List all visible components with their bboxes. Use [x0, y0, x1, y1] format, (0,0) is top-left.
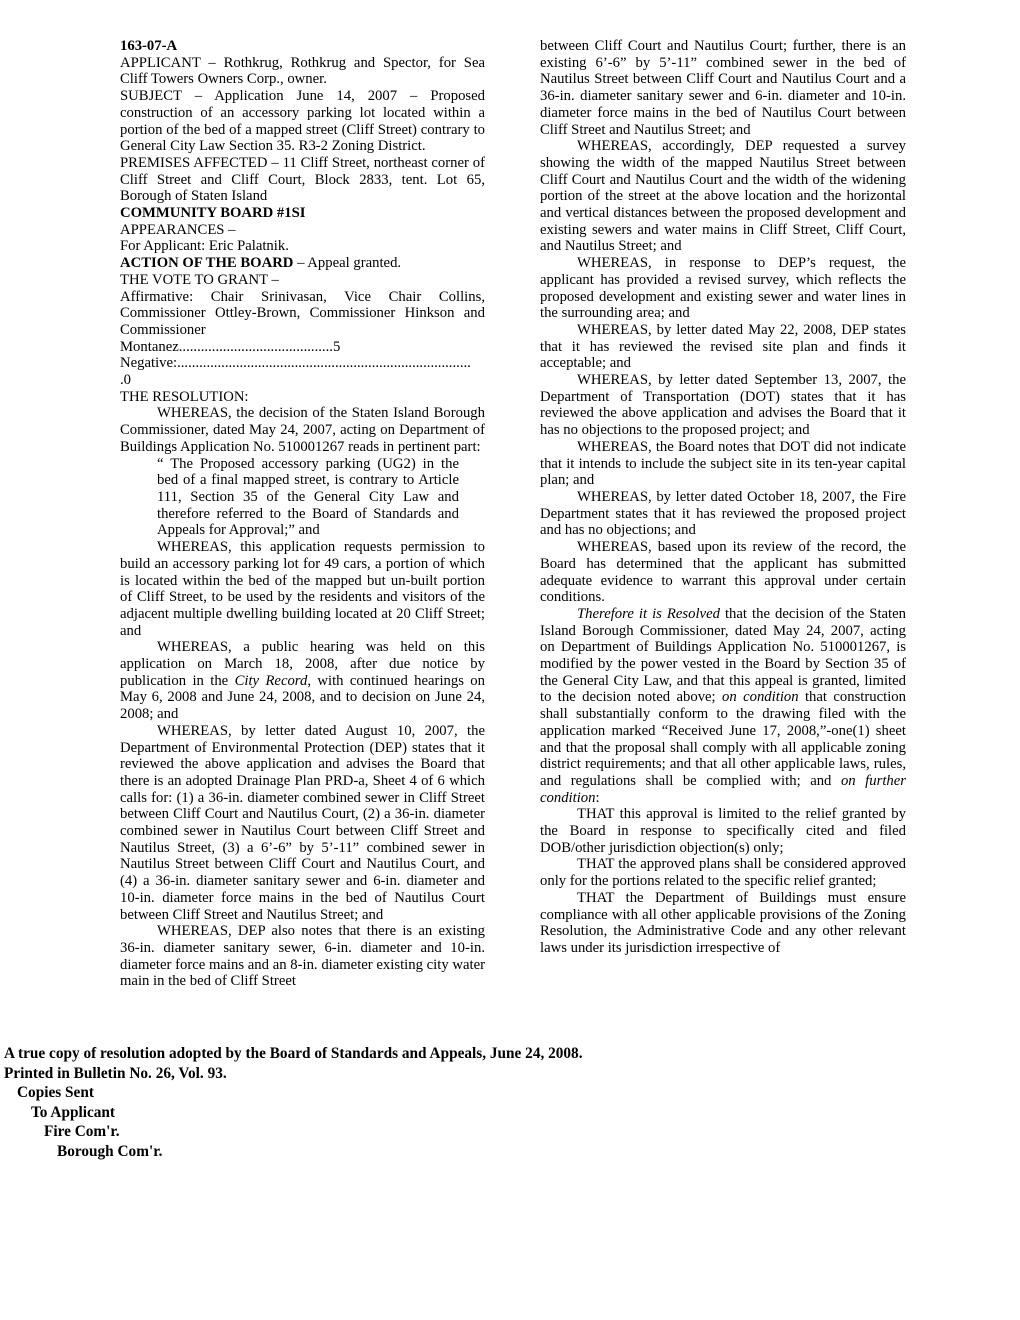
text-run: Affirmative: Chair Srinivasan, Vice Chai… [120, 289, 485, 338]
copies-recipient-line: To Applicant [31, 1103, 1004, 1123]
text-run: WHEREAS, the decision of the Staten Isla… [120, 405, 485, 454]
text-run: THE VOTE TO GRANT – [120, 272, 279, 288]
whereas-paragraph: WHEREAS, DEP also notes that there is an… [120, 923, 485, 990]
copies-recipient-line: Fire Com'r. [44, 1122, 1004, 1142]
text-run: ACTION OF THE BOARD [120, 255, 293, 271]
whereas-paragraph: WHEREAS, a public hearing was held on th… [120, 639, 485, 723]
text-run: WHEREAS, accordingly, DEP requested a su… [540, 138, 906, 254]
text-run: THAT the approved plans shall be conside… [540, 856, 906, 889]
premises-paragraph: PREMISES AFFECTED – 11 Cliff Street, nor… [120, 155, 485, 205]
text-run: APPLICANT – Rothkrug, Rothkrug and Spect… [120, 55, 485, 88]
that-paragraph: THAT this approval is limited to the rel… [540, 806, 906, 856]
community-board-heading: COMMUNITY BOARD #1SI [120, 205, 485, 222]
text-run: Borough Com'r. [57, 1143, 162, 1160]
vote-affirmative: Affirmative: Chair Srinivasan, Vice Chai… [120, 289, 485, 339]
resolved-paragraph: Therefore it is Resolved that the decisi… [540, 606, 906, 806]
text-run: Montanez................................… [120, 339, 340, 355]
whereas-paragraph: WHEREAS, accordingly, DEP requested a su… [540, 138, 906, 255]
text-run: PREMISES AFFECTED – 11 Cliff Street, nor… [120, 155, 485, 204]
that-paragraph: THAT the approved plans shall be conside… [540, 856, 906, 889]
vote-heading: THE VOTE TO GRANT – [120, 272, 485, 289]
applicant-paragraph: APPLICANT – Rothkrug, Rothkrug and Spect… [120, 55, 485, 88]
vote-negative: Negative:...............................… [120, 355, 485, 372]
text-run: APPEARANCES – [120, 222, 236, 238]
text-run: Copies Sent [17, 1084, 94, 1101]
text-run: “ The Proposed accessory parking (UG2) i… [157, 456, 459, 539]
text-run: Printed in Bulletin No. 26, Vol. 93. [4, 1065, 227, 1082]
appearances-paragraph: For Applicant: Eric Palatnik. [120, 238, 485, 255]
appearances-heading: APPEARANCES – [120, 222, 485, 239]
case-number-heading: 163-07-A [120, 38, 485, 55]
text-run: .0 [120, 372, 131, 388]
copies-recipient-line: Borough Com'r. [57, 1142, 1004, 1162]
bulletin-line: Printed in Bulletin No. 26, Vol. 93. [4, 1064, 1004, 1084]
text-run: WHEREAS, this application requests permi… [120, 539, 485, 639]
text-run: on condition [722, 689, 799, 705]
whereas-paragraph: WHEREAS, the Board notes that DOT did no… [540, 439, 906, 489]
text-run: COMMUNITY BOARD #1SI [120, 205, 306, 221]
whereas-paragraph: WHEREAS, this application requests permi… [120, 539, 485, 639]
text-run: A true copy of resolution adopted by the… [4, 1045, 583, 1062]
text-run: SUBJECT – Application June 14, 2007 – Pr… [120, 88, 485, 154]
text-run: 163-07-A [120, 38, 177, 54]
vote-affirmative-count: Montanez................................… [120, 339, 485, 356]
whereas-paragraph: WHEREAS, by letter dated October 18, 200… [540, 489, 906, 539]
true-copy-line: A true copy of resolution adopted by the… [4, 1044, 1004, 1064]
text-run: – Appeal granted. [293, 255, 401, 271]
resolution-heading: THE RESOLUTION: [120, 389, 485, 406]
that-paragraph: THAT the Department of Buildings must en… [540, 890, 906, 957]
text-run: WHEREAS, the Board notes that DOT did no… [540, 439, 906, 488]
subject-paragraph: SUBJECT – Application June 14, 2007 – Pr… [120, 88, 485, 155]
text-run: between Cliff Court and Nautilus Court; … [540, 38, 906, 138]
whereas-paragraph: WHEREAS, in response to DEP’s request, t… [540, 255, 906, 322]
text-run: WHEREAS, by letter dated October 18, 200… [540, 489, 906, 538]
text-run: WHEREAS, by letter dated September 13, 2… [540, 372, 906, 438]
action-paragraph: ACTION OF THE BOARD – Appeal granted. [120, 255, 485, 272]
whereas-paragraph: WHEREAS, by letter dated September 13, 2… [540, 372, 906, 439]
copies-sent-line: Copies Sent [17, 1083, 1004, 1103]
text-run: THAT this approval is limited to the rel… [540, 806, 906, 855]
whereas-paragraph: WHEREAS, the decision of the Staten Isla… [120, 405, 485, 455]
text-run: WHEREAS, based upon its review of the re… [540, 539, 906, 605]
text-run: WHEREAS, by letter dated May 22, 2008, D… [540, 322, 906, 371]
text-run: Therefore it is Resolved [577, 606, 720, 622]
right-column: between Cliff Court and Nautilus Court; … [540, 38, 906, 957]
text-run: THAT the Department of Buildings must en… [540, 890, 906, 956]
vote-negative-count: .0 [120, 372, 485, 389]
document-page: 163-07-AAPPLICANT – Rothkrug, Rothkrug a… [0, 0, 1020, 1320]
whereas-paragraph: WHEREAS, by letter dated May 22, 2008, D… [540, 322, 906, 372]
text-run: City Record [235, 673, 308, 689]
text-run: For Applicant: Eric Palatnik. [120, 238, 289, 254]
text-run: Fire Com'r. [44, 1123, 120, 1140]
text-run: THE RESOLUTION: [120, 389, 249, 405]
text-run: To Applicant [31, 1104, 115, 1121]
text-run: WHEREAS, in response to DEP’s request, t… [540, 255, 906, 321]
text-run: WHEREAS, by letter dated August 10, 2007… [120, 723, 485, 923]
left-column: 163-07-AAPPLICANT – Rothkrug, Rothkrug a… [120, 38, 485, 990]
continuation-paragraph: between Cliff Court and Nautilus Court; … [540, 38, 906, 138]
footer: A true copy of resolution adopted by the… [4, 1044, 1004, 1161]
text-run: WHEREAS, DEP also notes that there is an… [120, 923, 485, 989]
text-run: Negative:...............................… [120, 355, 471, 371]
whereas-paragraph: WHEREAS, by letter dated August 10, 2007… [120, 723, 485, 923]
text-run: : [595, 790, 599, 806]
whereas-paragraph: WHEREAS, based upon its review of the re… [540, 539, 906, 606]
quoted-decision-block: “ The Proposed accessory parking (UG2) i… [157, 456, 459, 540]
